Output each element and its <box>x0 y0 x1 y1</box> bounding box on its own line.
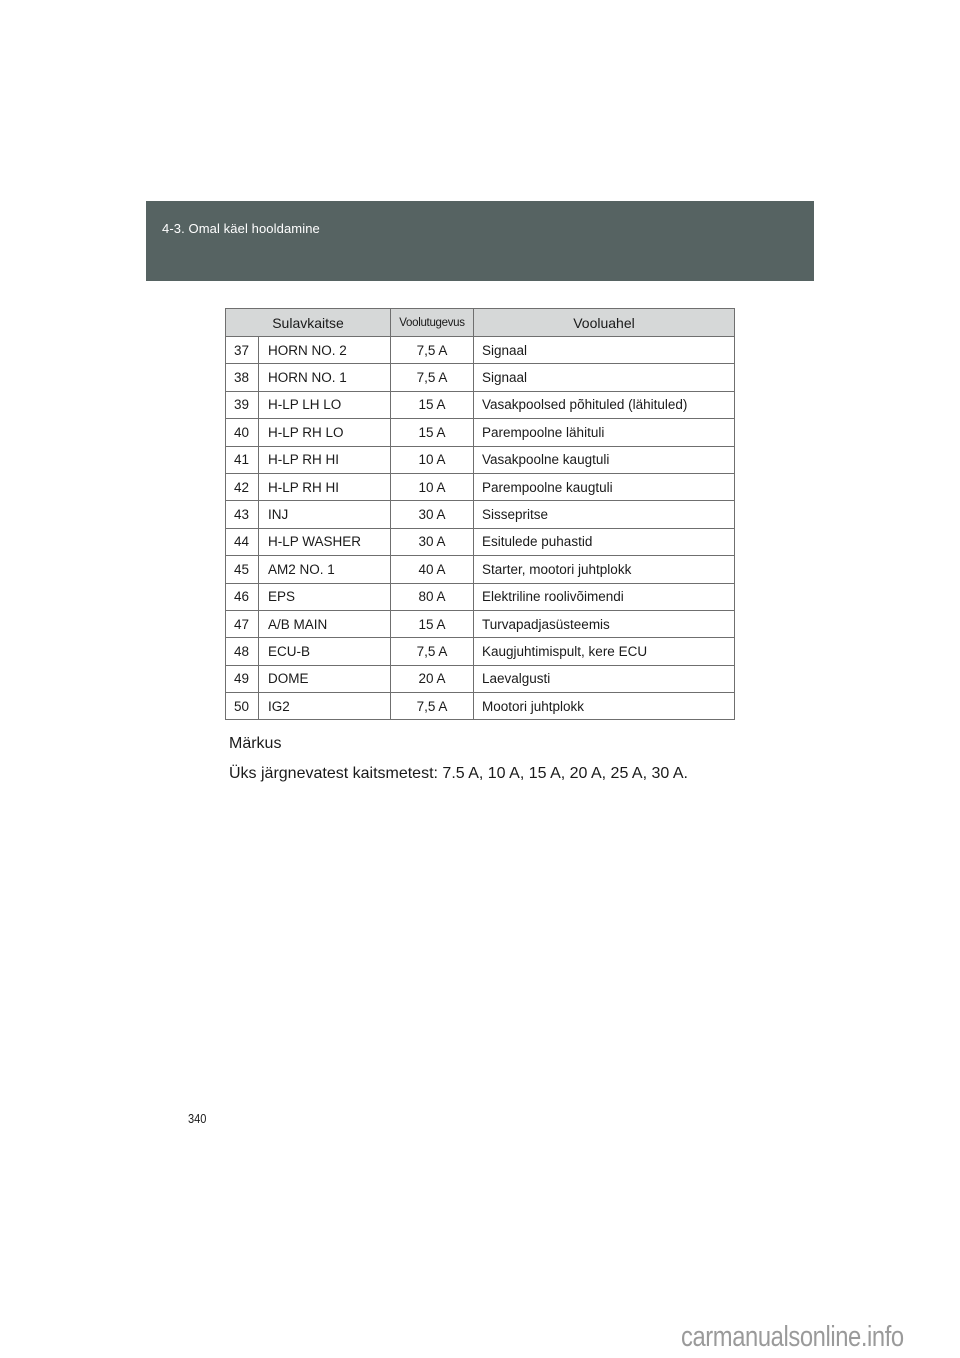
fuse-amperage: 15 A <box>391 391 474 418</box>
fuse-name: H-LP RH LO <box>259 419 391 446</box>
table-row: 43INJ30 ASissepritse <box>226 501 735 528</box>
column-header-circuit: Vooluahel <box>474 309 735 337</box>
fuse-circuit: Kaugjuhtimispult, kere ECU <box>474 638 735 665</box>
fuse-name: H-LP LH LO <box>259 391 391 418</box>
fuse-amperage: 7,5 A <box>391 364 474 391</box>
fuse-name: AM2 NO. 1 <box>259 556 391 583</box>
table-row: 37HORN NO. 27,5 ASignaal <box>226 337 735 364</box>
fuse-circuit: Parempoolne lähituli <box>474 419 735 446</box>
fuse-name: HORN NO. 1 <box>259 364 391 391</box>
fuse-number: 38 <box>226 364 259 391</box>
fuse-number: 49 <box>226 665 259 692</box>
note-title: Märkus <box>229 735 281 753</box>
fuse-amperage: 10 A <box>391 473 474 500</box>
column-header-amperage: Voolutugevus <box>391 309 474 337</box>
fuse-number: 44 <box>226 528 259 555</box>
fuse-amperage: 30 A <box>391 501 474 528</box>
fuse-amperage: 7,5 A <box>391 337 474 364</box>
table-row: 40H-LP RH LO15 AParempoolne lähituli <box>226 419 735 446</box>
fuse-amperage: 30 A <box>391 528 474 555</box>
fuse-name: DOME <box>259 665 391 692</box>
watermark: carmanualsonline.info <box>681 1321 904 1354</box>
fuse-number: 40 <box>226 419 259 446</box>
table-row: 42H-LP RH HI10 AParempoolne kaugtuli <box>226 473 735 500</box>
table-row: 44H-LP WASHER30 AEsitulede puhastid <box>226 528 735 555</box>
table-row: 45AM2 NO. 140 AStarter, mootori juhtplok… <box>226 556 735 583</box>
fuse-circuit: Esitulede puhastid <box>474 528 735 555</box>
table-row: 46EPS80 AElektriline roolivõimendi <box>226 583 735 610</box>
fuse-circuit: Turvapadjasüsteemis <box>474 610 735 637</box>
table-row: 49DOME20 ALaevalgusti <box>226 665 735 692</box>
fuse-circuit: Elektriline roolivõimendi <box>474 583 735 610</box>
table-row: 48ECU-B7,5 AKaugjuhtimispult, kere ECU <box>226 638 735 665</box>
fuse-name: H-LP RH HI <box>259 473 391 500</box>
fuse-name: IG2 <box>259 693 391 720</box>
fuse-amperage: 7,5 A <box>391 693 474 720</box>
fuse-name: ECU-B <box>259 638 391 665</box>
fuse-circuit: Vasakpoolne kaugtuli <box>474 446 735 473</box>
fuse-name: EPS <box>259 583 391 610</box>
section-title: 4-3. Omal käel hooldamine <box>162 221 320 236</box>
fuse-amperage: 15 A <box>391 419 474 446</box>
fuse-circuit: Mootori juhtplokk <box>474 693 735 720</box>
fuse-name: H-LP RH HI <box>259 446 391 473</box>
fuse-circuit: Vasakpoolsed põhituled (lähituled) <box>474 391 735 418</box>
fuse-number: 41 <box>226 446 259 473</box>
table-header-row: Sulavkaitse Voolutugevus Vooluahel <box>226 309 735 337</box>
fuse-amperage: 15 A <box>391 610 474 637</box>
fuse-number: 46 <box>226 583 259 610</box>
table-row: 41H-LP RH HI10 AVasakpoolne kaugtuli <box>226 446 735 473</box>
fuse-name: H-LP WASHER <box>259 528 391 555</box>
page-number: 340 <box>188 1111 206 1126</box>
fuse-number: 45 <box>226 556 259 583</box>
fuse-circuit: Laevalgusti <box>474 665 735 692</box>
fuse-number: 39 <box>226 391 259 418</box>
fuse-circuit: Signaal <box>474 337 735 364</box>
fuse-amperage: 20 A <box>391 665 474 692</box>
note-text: Üks järgnevatest kaitsmetest: 7.5 A, 10 … <box>229 765 688 783</box>
fuse-circuit: Signaal <box>474 364 735 391</box>
fuse-amperage: 40 A <box>391 556 474 583</box>
section-header-band: 4-3. Omal käel hooldamine <box>146 201 814 281</box>
fuse-number: 48 <box>226 638 259 665</box>
fuse-amperage: 10 A <box>391 446 474 473</box>
fuse-circuit: Starter, mootori juhtplokk <box>474 556 735 583</box>
fuse-number: 43 <box>226 501 259 528</box>
fuse-name: INJ <box>259 501 391 528</box>
fuse-amperage: 80 A <box>391 583 474 610</box>
fuse-number: 42 <box>226 473 259 500</box>
fuse-name: HORN NO. 2 <box>259 337 391 364</box>
fuse-name: A/B MAIN <box>259 610 391 637</box>
table-row: 39H-LP LH LO15 AVasakpoolsed põhituled (… <box>226 391 735 418</box>
table-row: 38HORN NO. 17,5 ASignaal <box>226 364 735 391</box>
fuse-table: Sulavkaitse Voolutugevus Vooluahel 37HOR… <box>225 308 735 720</box>
fuse-number: 50 <box>226 693 259 720</box>
column-header-fuse: Sulavkaitse <box>226 309 391 337</box>
table-row: 50IG27,5 AMootori juhtplokk <box>226 693 735 720</box>
fuse-circuit: Parempoolne kaugtuli <box>474 473 735 500</box>
fuse-amperage: 7,5 A <box>391 638 474 665</box>
fuse-number: 37 <box>226 337 259 364</box>
table-row: 47A/B MAIN15 ATurvapadjasüsteemis <box>226 610 735 637</box>
fuse-circuit: Sissepritse <box>474 501 735 528</box>
fuse-number: 47 <box>226 610 259 637</box>
